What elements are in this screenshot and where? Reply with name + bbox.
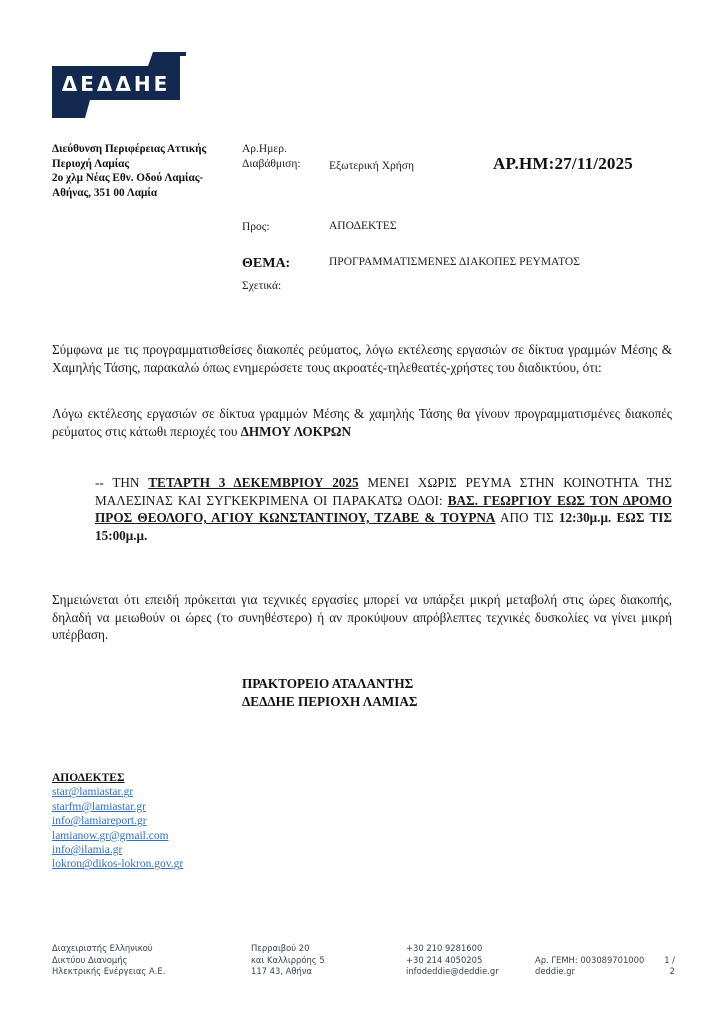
org-line: Αθήνας, 351 00 Λαμία: [52, 186, 237, 201]
page-number: 1 / 2: [653, 955, 675, 978]
org-line: 2ο χλμ Νέας Εθν. Οδού Λαμίας-: [52, 171, 237, 186]
recipient-email-link[interactable]: lokron@dikos-lokron.gov.gr: [52, 857, 183, 871]
footer-phone: +30 210 9281600: [406, 943, 499, 955]
to-label: Προς:: [242, 220, 270, 235]
classification-label: Διαβάθμιση:: [242, 157, 301, 172]
to-value: ΑΠΟΔΕΚΤΕΣ: [329, 220, 397, 232]
outage-date: ΤΕΤΑΡΤΗ 3 ΔΕΚΕΜΒΡΙΟΥ 2025: [148, 475, 358, 490]
related-label: Σχετικά:: [242, 279, 281, 294]
deddie-logo: ΔΕΔΔΗΕ: [52, 52, 186, 118]
outage-notice: -- ΤΗΝ ΤΕΤΑΡΤΗ 3 ΔΕΚΕΜΒΡΙΟΥ 2025 ΜΕΝΕΙ Χ…: [95, 474, 672, 544]
signature-line-2: ΔΕΔΔΗΕ ΠΕΡΙΟΧΗ ΛΑΜΙΑΣ: [242, 693, 418, 711]
recipient-email-link[interactable]: starfm@lamiastar.gr: [52, 800, 183, 814]
municipality-name: ΔΗΜΟΥ ΛΟΚΡΩΝ: [241, 424, 351, 439]
footer-company: Διαχειριστής Ελληνικού Δικτύου Διανομής …: [52, 943, 165, 978]
organization-address: Διεύθυνση Περιφέρειας Αττικής Περιοχή Λα…: [52, 142, 237, 200]
subject-label: ΘΕΜΑ:: [242, 256, 290, 272]
org-line: Περιοχή Λαμίας: [52, 157, 237, 172]
recipient-email-link[interactable]: lamianow.gr@gmail.com: [52, 829, 183, 843]
recipient-email-link[interactable]: info@lamiareport.gr: [52, 814, 183, 828]
page-total: 2: [653, 966, 675, 978]
classification-value: Εξωτερική Χρήση: [329, 160, 414, 172]
logo-text: ΔΕΔΔΗΕ: [62, 72, 171, 96]
notice-from: ΑΠΟ ΤΙΣ: [495, 510, 558, 525]
footer-contact: +30 210 9281600 +30 214 4050205 infodedd…: [406, 943, 499, 978]
footer-website: deddie.gr: [535, 966, 644, 978]
signature-block: ΠΡΑΚΤΟΡΕΙΟ ΑΤΑΛΑΝΤΗΣ ΔΕΔΔΗΕ ΠΕΡΙΟΧΗ ΛΑΜΙ…: [242, 675, 418, 710]
page-current: 1 /: [653, 955, 675, 967]
footer-address-line: Περραιβού 20: [251, 943, 325, 955]
reference-number: ΑΡ.ΗΜ:27/11/2025: [493, 154, 633, 174]
notice-prefix: -- ΤΗΝ: [95, 475, 148, 490]
subject-value: ΠΡΟΓΡΑΜΜΑΤΙΣΜΕΝΕΣ ΔΙΑΚΟΠΕΣ ΡΕΥΜΑΤΟΣ: [329, 256, 580, 268]
works-text: Λόγω εκτέλεσης εργασιών σε δίκτυα γραμμώ…: [52, 406, 672, 439]
footer-company-line: Ηλεκτρικής Ενέργειας Α.Ε.: [52, 966, 165, 978]
date-classification-labels: Αρ.Ημερ. Διαβάθμιση:: [242, 142, 301, 171]
recipient-email-link[interactable]: info@ilamia.gr: [52, 843, 183, 857]
footer-company-line: Διαχειριστής Ελληνικού: [52, 943, 165, 955]
intro-paragraph: Σύμφωνα με τις προγραμματισθείσες διακοπ…: [52, 341, 672, 376]
ar-hmer-label: Αρ.Ημερ.: [242, 142, 301, 157]
works-paragraph: Λόγω εκτέλεσης εργασιών σε δίκτυα γραμμώ…: [52, 405, 672, 440]
recipient-email-link[interactable]: star@lamiastar.gr: [52, 785, 183, 799]
recipients-title: ΑΠΟΔΕΚΤΕΣ: [52, 771, 183, 785]
footer-address-line: και Καλλιρρόης 5: [251, 955, 325, 967]
footer-email: infodeddie@deddie.gr: [406, 966, 499, 978]
disclaimer-paragraph: Σημειώνεται ότι επειδή πρόκειται για τεχ…: [52, 591, 672, 644]
footer-phone: +30 214 4050205: [406, 955, 499, 967]
footer-gemh: Αρ. ΓΕΜΗ: 003089701000: [535, 955, 644, 967]
org-line: Διεύθυνση Περιφέρειας Αττικής: [52, 142, 237, 157]
signature-line-1: ΠΡΑΚΤΟΡΕΙΟ ΑΤΑΛΑΝΤΗΣ: [242, 675, 418, 693]
deddie-logo-shape: ΔΕΔΔΗΕ: [52, 52, 186, 118]
footer-registry: Αρ. ΓΕΜΗ: 003089701000 deddie.gr: [535, 955, 644, 978]
footer-address: Περραιβού 20 και Καλλιρρόης 5 117 43, Αθ…: [251, 943, 325, 978]
recipients-list: ΑΠΟΔΕΚΤΕΣ star@lamiastar.gr starfm@lamia…: [52, 771, 183, 872]
footer-company-line: Δικτύου Διανομής: [52, 955, 165, 967]
footer-address-line: 117 43, Αθήνα: [251, 966, 325, 978]
